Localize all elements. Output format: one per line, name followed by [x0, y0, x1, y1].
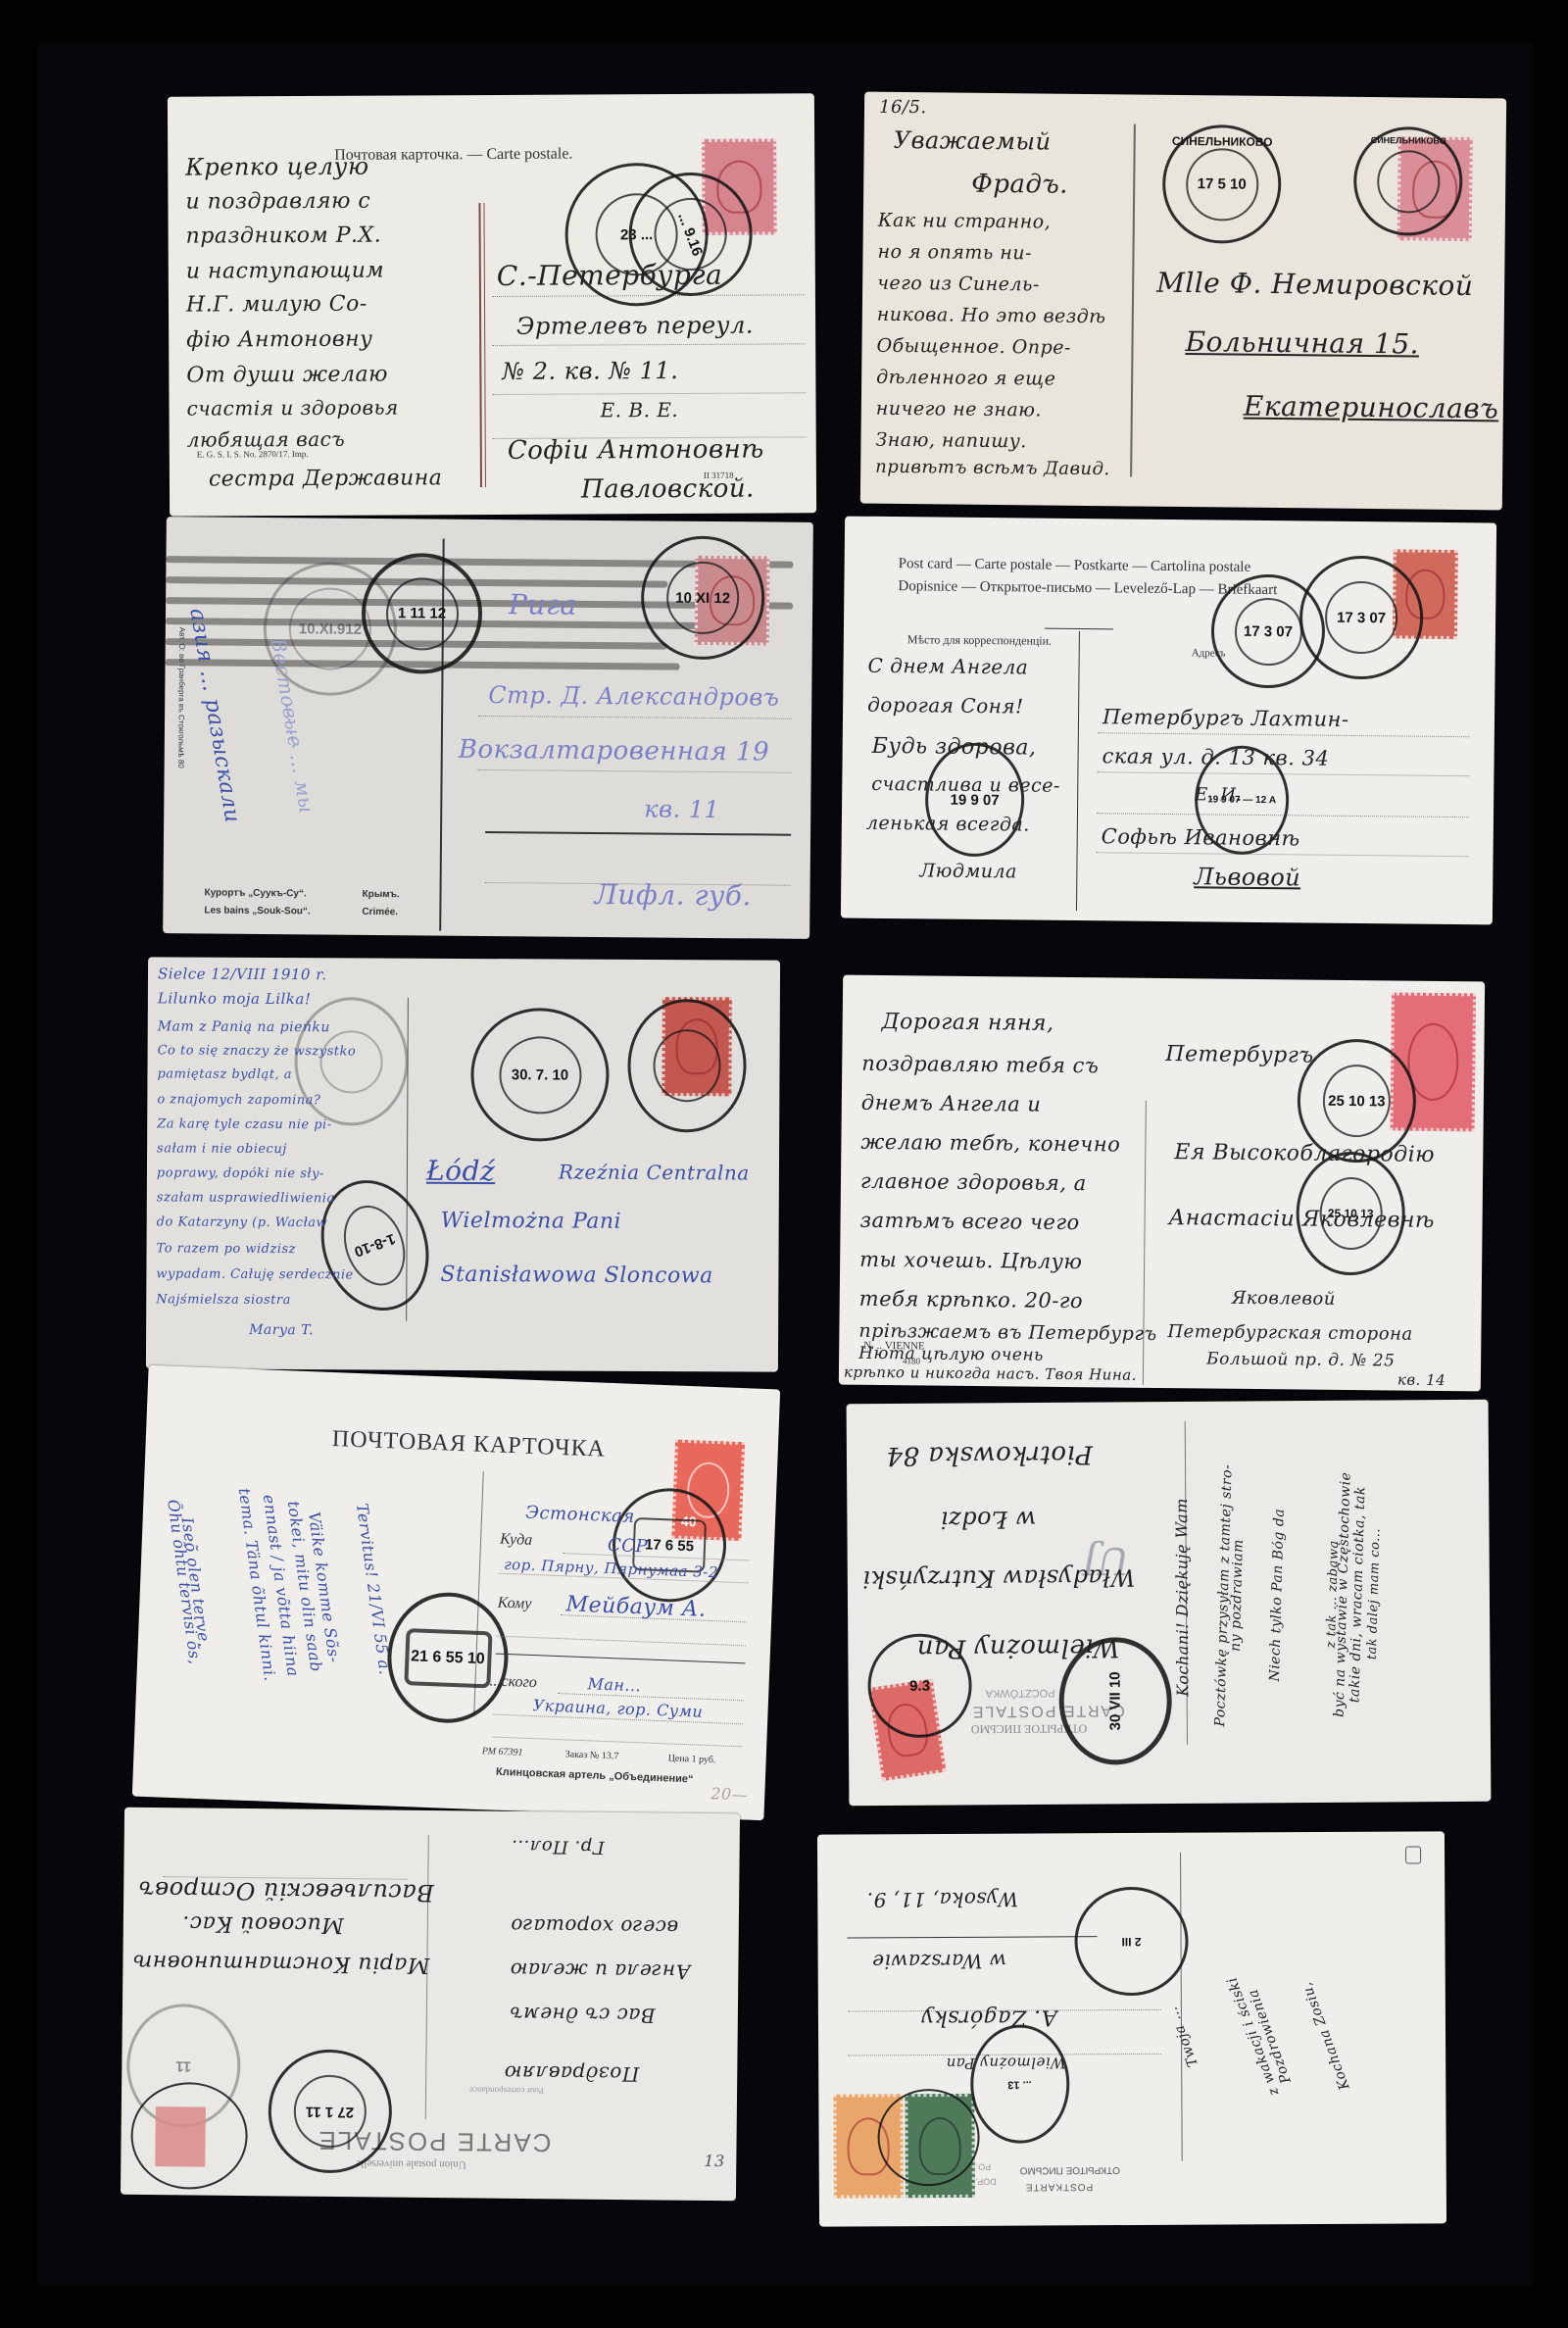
region-fr: Crimée. — [362, 907, 398, 917]
postmark — [627, 999, 747, 1133]
postmark: 30. 7. 10 — [470, 1008, 610, 1142]
caption-fr: Les bains „Souk-Sou“. — [204, 905, 310, 916]
card-header-line1: Post card — Carte postale — Postkarte — … — [899, 556, 1251, 576]
printed-inverted-2: ОТКРЫТОЕ ПИСЬМО — [1020, 2164, 1120, 2176]
imprint-code: РМ 67391 — [482, 1746, 523, 1758]
postmark: 17 3 07 — [1210, 573, 1325, 688]
printed-inverted-3: POCZTÓWKA — [986, 1687, 1055, 1699]
postmark: 1-8-10 — [304, 1165, 447, 1326]
imprint-price: Цена 1 руб. — [667, 1753, 715, 1765]
label-sender: ...ского — [489, 1672, 537, 1692]
card-header: ПОЧТОВАЯ КАРТОЧКА — [331, 1426, 606, 1463]
publisher-logo — [1405, 1846, 1421, 1863]
caption-ru: Курортъ „Суукъ-Су“. — [204, 887, 306, 899]
postcard-5: 30. 7. 10 1-8-10 Sielce 12/VIII 1910 r. … — [146, 957, 780, 1371]
region-ru: Крымъ. — [362, 889, 399, 900]
postmark: 2 III — [1074, 1887, 1189, 1997]
printed-inverted-1: POSTKARTE — [1025, 2181, 1093, 2192]
card-divider — [478, 203, 482, 487]
card-header: Почтовая карточка. — Carte postale. — [334, 146, 572, 165]
label-to-whom: Кому — [497, 1595, 531, 1613]
printed-inverted-3: DOP. — [976, 2177, 997, 2187]
postcard-3: 10.XI.912 1 11 12 10 XI 12 Авт. О: во Гр… — [163, 517, 813, 939]
postcard-8: ОТКРЫТОЕ ПИСЬМО CARTE POSTALE POCZTÓWKA … — [847, 1400, 1492, 1807]
postmark: СИНЕЛЬНИКОВО — [1353, 126, 1463, 236]
card-header-line2: Dopisnice — Открытое-письмо — Levelező-L… — [898, 578, 1277, 599]
printed-inverted-3: Pour correspondance — [469, 2085, 544, 2096]
corner-note: 13 — [704, 2152, 725, 2170]
label-to-where: Куда — [500, 1531, 533, 1550]
card-publisher: Клинцовская артель „Объединение“ — [496, 1766, 694, 1786]
postcard-9: CARTE POSTALE Union postale universelle … — [121, 1808, 740, 2202]
date-note: 16/5. — [879, 97, 927, 119]
stamp — [155, 2106, 206, 2167]
postmark: 1 11 12 — [361, 553, 482, 674]
postcard-7: ПОЧТОВАЯ КАРТОЧКА 40 17 6 55 21 6 55 10 … — [132, 1365, 780, 1820]
publisher-vertical: Авт. О: во Гранберга въ Стокгольмѣ 80 — [176, 627, 186, 768]
postcard-6: 25 10 13 25 10 13 N. .. VIENNE 4180 Доро… — [839, 975, 1485, 1392]
postcard-10: POSTKARTE ОТКРЫТОЕ ПИСЬМО DOP. PO. ... 1… — [817, 1831, 1446, 2226]
imprint-order: Заказ № 13.7 — [565, 1749, 619, 1761]
postmark: 10 XI 12 — [641, 535, 765, 660]
card-divider — [1130, 124, 1136, 476]
postmark: 27 1 11 — [268, 2049, 392, 2173]
postcard-2: 16/5. СИНЕЛЬНИКОВО17 5 10 СИНЕЛЬНИКОВО У… — [860, 92, 1506, 511]
printed-inverted-4: PO. — [976, 2162, 992, 2172]
postmark: 21 6 55 10 — [385, 1590, 511, 1725]
postmark: ... 13 — [970, 2024, 1070, 2144]
card-divider — [1076, 631, 1080, 911]
card-divider — [483, 203, 486, 487]
printed-inverted-2: Union postale universelle — [356, 2157, 466, 2170]
corner-note: 20— — [710, 1784, 749, 1804]
postcard-1: Почтовая карточка. — Carte postale. E. G… — [168, 93, 816, 516]
correspondence-label: Мѣсто для корреспонденціи. — [907, 632, 1052, 649]
postmark — [877, 2089, 980, 2187]
postmark: СИНЕЛЬНИКОВО17 5 10 — [1162, 124, 1282, 244]
postcard-4: Post card — Carte postale — Postkarte — … — [841, 517, 1496, 925]
